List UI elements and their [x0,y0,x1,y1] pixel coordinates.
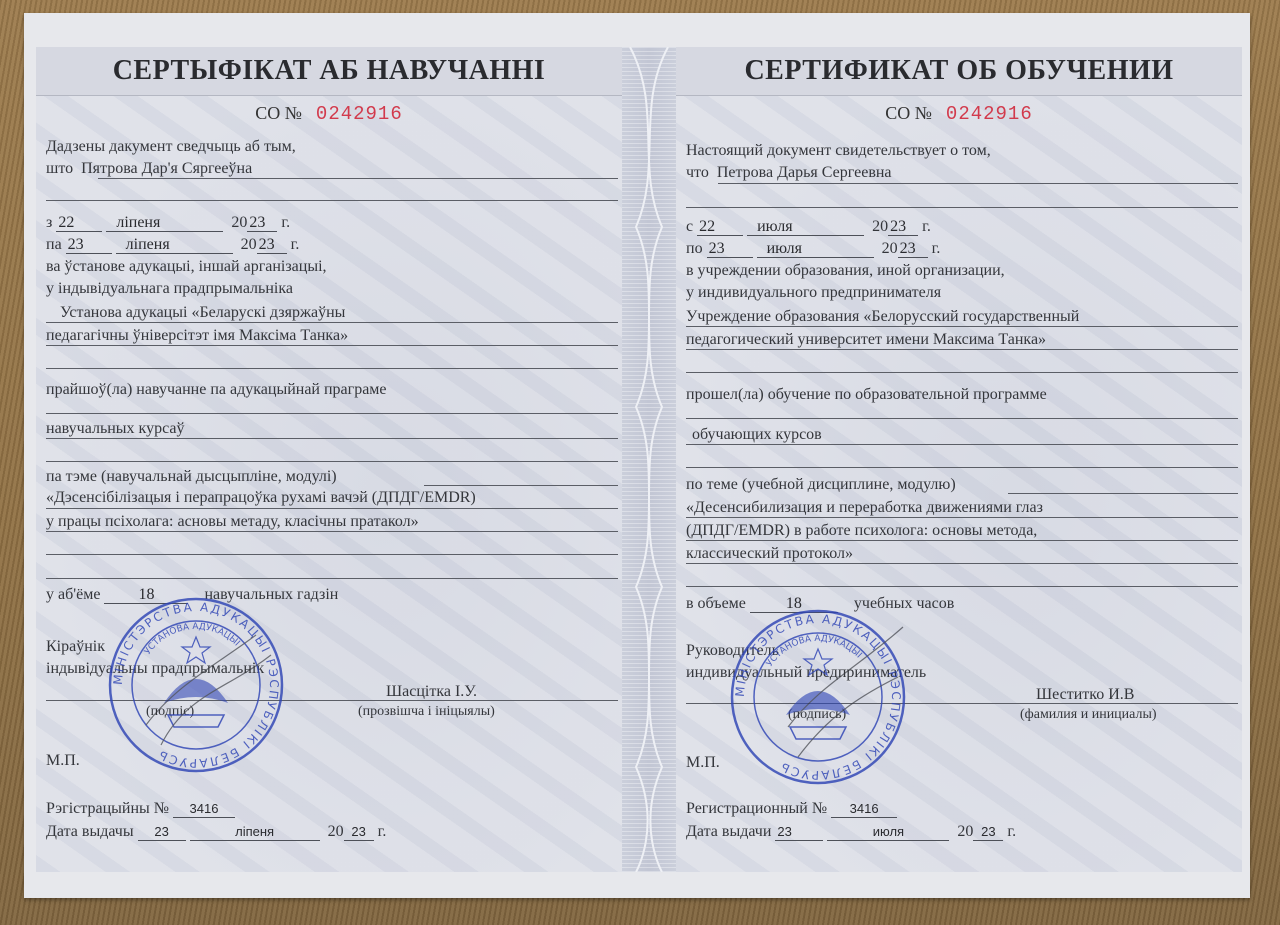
year-prefix: 20 [872,218,888,235]
name-line: што Пятрова Дар'я Сяргееўна [46,159,618,179]
date-to-line: по 23 июля 2023 г. [686,239,1238,259]
issue-month: ліпеня [190,823,320,841]
rule [424,485,618,486]
title-band: СЕРТЫФІКАТ АБ НАВУЧАННІ [36,47,622,96]
institution-label-2: у индивидуального предпринимателя [686,283,1238,303]
volume-hours: 18 [104,586,188,604]
rule [686,444,1238,445]
rule [46,322,618,323]
rule [686,540,1238,541]
topic-line-2: (ДПДГ/EMDR) в работе психолога: основы м… [686,521,1238,541]
issue-date-label: Дата выдачи [686,823,771,840]
name-caption: (прозвішча і ініцыялы) [358,702,618,722]
center-spine-ornament [622,47,676,872]
issue-month: июля [827,823,949,841]
rule [686,207,1238,208]
registration-number: 3416 [173,800,235,818]
to-day: 23 [66,236,112,254]
institution-name-2: педагагічны ўніверсітэт імя Максіма Танк… [46,326,618,346]
institution-label-1: в учреждении образования, иной организац… [686,261,1238,281]
year-suffix: г. [922,218,931,235]
topic-line-1: «Десенсибилизация и переработка движения… [686,498,1238,518]
institution-label-1: ва ўстанове адукацыі, іншай арганізацыі, [46,257,618,277]
rule [46,413,618,414]
rule [686,418,1238,419]
year-suffix: г. [378,823,387,840]
issue-year: 23 [973,823,1003,841]
year-suffix: г. [281,214,290,231]
name-caption: (фамилия и инициалы) [1020,705,1238,725]
series-number: 0242916 [316,103,403,125]
institution-name-1: Установа адукацыі «Беларускі дзяржаўны [46,303,618,323]
issue-day: 23 [138,823,186,841]
title-band: СЕРТИФИКАТ ОБ ОБУЧЕНИИ [676,47,1242,96]
certificate-title: СЕРТЫФІКАТ АБ НАВУЧАННІ [113,55,546,87]
rule [46,461,618,462]
head-name: Шасцітка І.У. [386,682,618,702]
year-prefix: 20 [957,823,973,840]
registration-label: Рэгістрацыйны № [46,800,169,817]
year-prefix: 20 [328,823,344,840]
volume-prefix: в объеме [686,595,746,612]
institution-name-1: Учреждение образования «Белорусский госу… [686,307,1238,327]
topic-line-2: у працы псіхолага: асновы метаду, класіч… [46,512,618,532]
head-label-2: индивидуальный предприниматель [686,663,1238,683]
registration-line: Рэгістрацыйны № 3416 [46,799,618,819]
from-prefix: з [46,214,52,231]
rule [686,467,1238,468]
rule [46,554,618,555]
program-name: обучающих курсов [686,425,1238,445]
rule [46,578,618,579]
to-prefix: по [686,240,703,257]
rule [686,372,1238,373]
head-label-1: Кіраўнік [46,637,618,657]
certificate-page-russian: СЕРТИФИКАТ ОБ ОБУЧЕНИИ СО №0242916 Насто… [676,47,1242,872]
series-number: 0242916 [946,103,1033,125]
topic-line-3: классический протокол» [686,544,1238,564]
institution-label-2: у індывідуальнага прадпрымальніка [46,279,618,299]
from-month: июля [747,218,864,236]
year-prefix: 20 [241,236,257,253]
issue-date-label: Дата выдачы [46,823,134,840]
issue-year: 23 [344,823,374,841]
program-name: навучальных курсаў [46,419,618,439]
series-number-line: СО №0242916 [676,103,1242,125]
topic-label: па тэме (навучальнай дысцыпліне, модулі) [46,467,618,487]
to-month: июля [757,240,874,258]
from-day: 22 [697,218,743,236]
series-number-line: СО №0242916 [36,103,622,125]
rule [686,326,1238,327]
volume-hours: 18 [750,595,838,613]
year-prefix: 20 [882,240,898,257]
institution-name-2: педагогический университет имени Максима… [686,330,1238,350]
name-line: что Петрова Дарья Сергеевна [686,163,1238,183]
volume-line: в объеме 18 учебных часов [686,594,1238,614]
rule [46,438,618,439]
program-label: прошел(ла) обучение по образовательной п… [686,385,1238,405]
program-label: прайшоў(ла) навучанне па адукацыйнай пра… [46,380,618,400]
topic-label: по теме (учебной дисциплине, модулю) [686,475,1238,495]
seal-label: М.П. [46,751,618,771]
head-label-1: Руководитель [686,641,1238,661]
year-suffix: г. [291,236,300,253]
recipient-name: Петрова Дарья Сергеевна [717,164,892,181]
to-day: 23 [707,240,753,258]
to-prefix: па [46,236,62,253]
official-seal-stamp: МІНІСТЭРСТВА АДУКАЦЫІ РЭСПУБЛІКІ БЕЛАРУС… [106,595,286,775]
name-prefix: што [46,160,73,177]
year-suffix: г. [932,240,941,257]
from-day: 22 [56,214,102,232]
recipient-name: Пятрова Дар'я Сяргееўна [81,160,252,177]
volume-suffix: учебных часов [854,595,954,612]
issue-date-line: Дата выдачи 23 июля 2023 г. [686,822,1238,842]
rule [46,368,618,369]
rule [686,563,1238,564]
date-from-line: с 22 июля 2023 г. [686,217,1238,237]
series-label: СО № [885,103,932,123]
rule [46,508,618,509]
issue-date-line: Дата выдачы 23 ліпеня 2023 г. [46,822,618,842]
certificate-page-belarusian: СЕРТЫФІКАТ АБ НАВУЧАННІ СО №0242916 Дадз… [36,47,622,872]
intro-line-1: Дадзены дакумент сведчыць аб тым, [46,137,618,157]
date-from-line: з 22 ліпеня 2023 г. [46,213,618,233]
from-prefix: с [686,218,693,235]
rule [46,200,618,201]
date-to-line: па 23 ліпеня 2023 г. [46,235,618,255]
from-year: 23 [888,218,918,236]
certificate-paper: СЕРТЫФІКАТ АБ НАВУЧАННІ СО №0242916 Дадз… [24,13,1250,898]
year-suffix: г. [1007,823,1016,840]
seal-label: М.П. [686,753,1238,773]
volume-suffix: навучальных гадзін [204,586,338,603]
rule [46,345,618,346]
to-year: 23 [257,236,287,254]
registration-line: Регистрационный № 3416 [686,799,1238,819]
series-label: СО № [255,103,302,123]
signature-rule [686,703,1238,704]
registration-label: Регистрационный № [686,800,827,817]
rule [98,178,618,179]
intro-line-1: Настоящий документ свидетельствует о том… [686,141,1238,161]
svg-text:МІНІСТЭРСТВА АДУКАЦЫІ РЭСПУБЛІ: МІНІСТЭРСТВА АДУКАЦЫІ РЭСПУБЛІКІ БЕЛАРУС… [111,600,281,770]
to-year: 23 [898,240,928,258]
volume-prefix: у аб'ёме [46,586,100,603]
rule [686,517,1238,518]
rule [686,349,1238,350]
rule [686,586,1238,587]
rule [1008,493,1238,494]
head-name: Шеститко И.В [1036,685,1238,705]
topic-line-1: «Дэсенсібілізацыя і перапрацоўка рухамі … [46,488,618,508]
name-prefix: что [686,164,709,181]
from-year: 23 [247,214,277,232]
rule [46,531,618,532]
registration-number: 3416 [831,800,897,818]
to-month: ліпеня [116,236,233,254]
year-prefix: 20 [231,214,247,231]
issue-day: 23 [775,823,823,841]
signature-rule [46,700,618,701]
rule [718,183,1238,184]
from-month: ліпеня [106,214,223,232]
volume-line: у аб'ёме 18 навучальных гадзін [46,585,618,605]
certificate-title: СЕРТИФИКАТ ОБ ОБУЧЕНИИ [744,55,1173,87]
head-label-2: індывідуальны прадпрымальнік [46,659,618,679]
